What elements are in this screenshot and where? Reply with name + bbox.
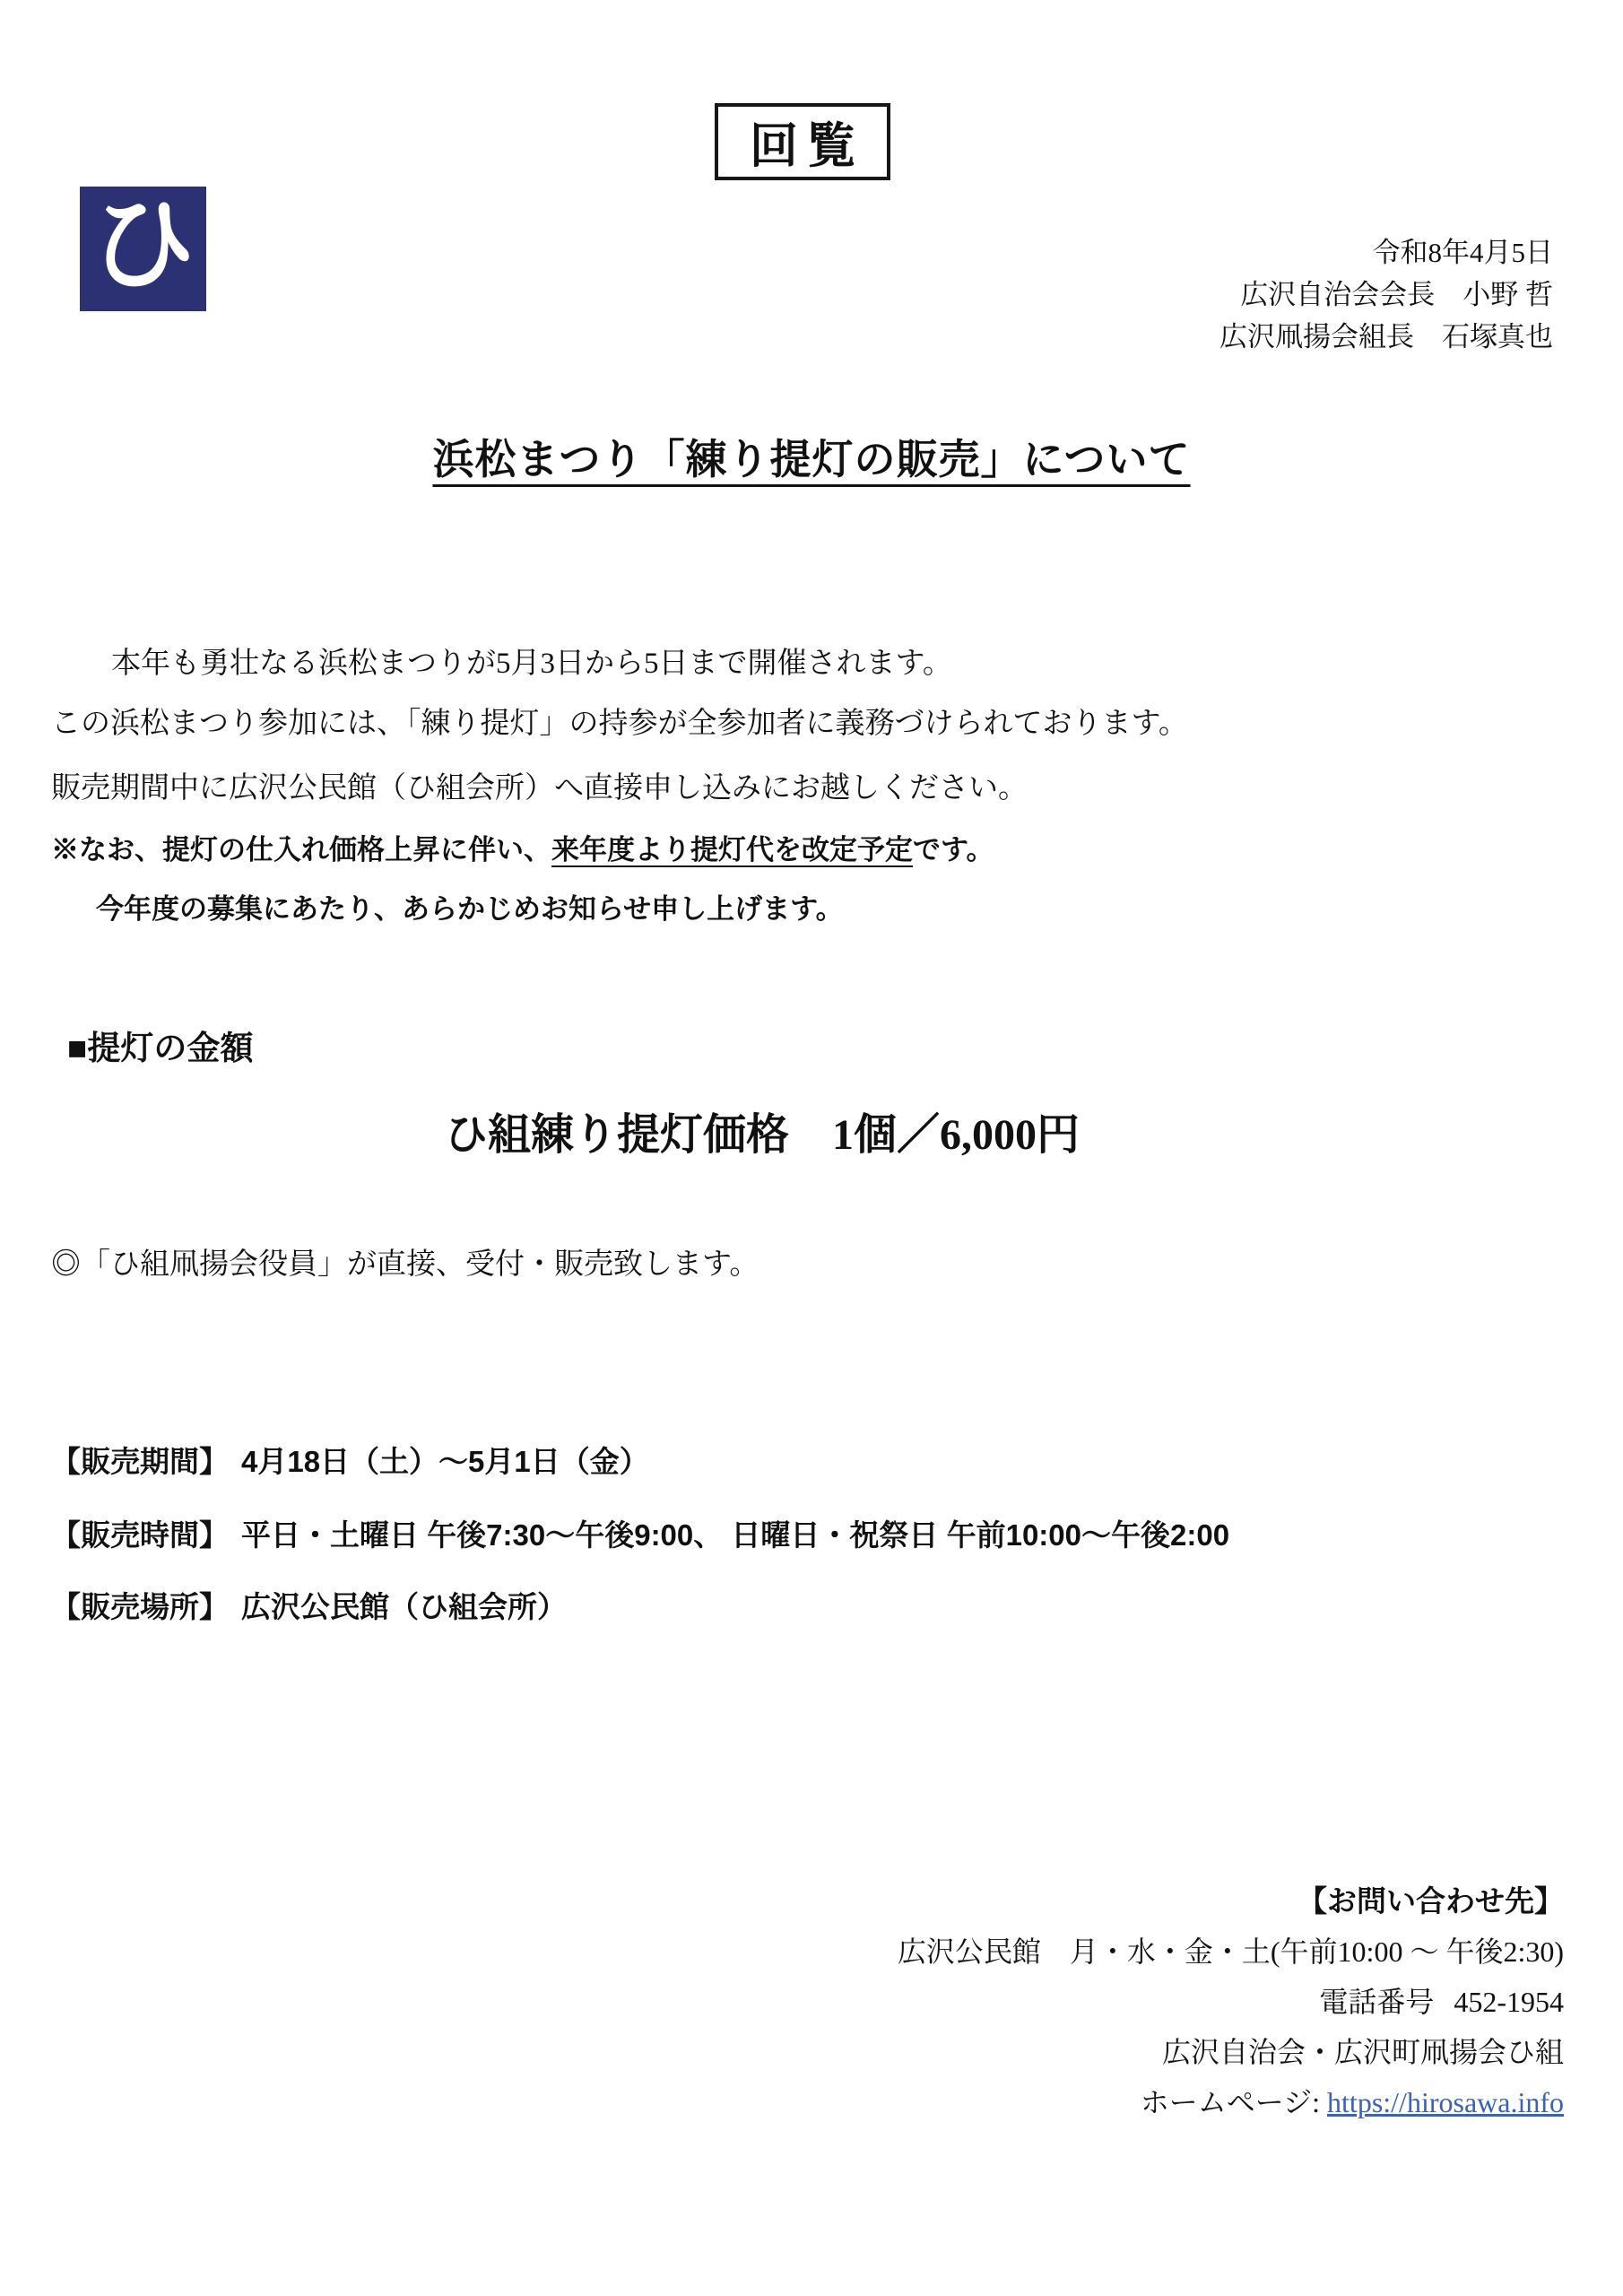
contact-phone-line: 電話番号452-1954: [898, 1977, 1564, 2027]
hi-gumi-logo: ひ: [80, 187, 206, 311]
sales-time-row: 【販売時間】平日・土曜日 午後7:30～午後9:00、 日曜日・祝祭日 午前10…: [51, 1512, 1229, 1554]
sales-place-value: 広沢公民館（ひ組会所）: [241, 1590, 567, 1623]
sales-period-value: 4月18日（土）～5月1日（金）: [241, 1445, 649, 1478]
document-page: 回覧 ひ 令和8年4月5日 広沢自治会会長 小野 哲 広沢凧揚会組長 石塚真也 …: [0, 0, 1623, 2296]
page-title: 浜松まつり「練り提灯の販売」について: [0, 427, 1623, 486]
advance-notice-line: 今年度の募集にあたり、あらかじめお知らせ申し上げます。: [96, 886, 844, 926]
price-change-note-prefix: ※なお、提灯の仕入れ価格上昇に伴い、: [51, 834, 551, 865]
contact-heading: 【お問い合わせ先】: [898, 1876, 1564, 1926]
sales-time-value: 平日・土曜日 午後7:30～午後9:00、 日曜日・祝祭日 午前10:00～午後…: [241, 1518, 1229, 1552]
sales-place-row: 【販売場所】広沢公民館（ひ組会所）: [51, 1584, 567, 1626]
document-date: 令和8年4月5日: [1219, 231, 1553, 274]
contact-venue-line: 広沢公民館 月・水・金・土(午前10:00 ～ 午後2:30): [898, 1926, 1564, 1977]
price-change-note-suffix: です。: [913, 834, 994, 865]
body-paragraph-3: 販売期間中に広沢公民館（ひ組会所）へ直接申し込みにお越しください。: [51, 764, 1028, 806]
price-change-note: ※なお、提灯の仕入れ価格上昇に伴い、来年度より提灯代を改定予定です。: [51, 827, 994, 867]
lantern-price-line: ひ組練り提灯価格 1個／6,000円: [0, 1100, 1524, 1161]
contact-org-line: 広沢自治会・広沢町凧揚会ひ組: [898, 2027, 1564, 2077]
sales-period-label: 【販売期間】: [51, 1445, 229, 1478]
group-leader-name: 広沢凧揚会組長 石塚真也: [1219, 316, 1553, 358]
circulation-stamp-label: 回覧: [750, 108, 864, 177]
hi-logo-glyph: ひ: [90, 193, 195, 299]
sales-period-row: 【販売期間】4月18日（土）～5月1日（金）: [51, 1439, 649, 1481]
chairman-name: 広沢自治会会長 小野 哲: [1219, 274, 1553, 316]
circulation-stamp: 回覧: [715, 103, 890, 180]
phone-number: 452-1954: [1454, 1986, 1564, 2018]
website-label: ホームページ:: [1141, 2086, 1320, 2118]
sales-time-label: 【販売時間】: [51, 1518, 229, 1552]
sales-handler-note: ◎「ひ組凧揚会役員」が直接、受付・販売致します。: [51, 1240, 759, 1283]
contact-block: 【お問い合わせ先】 広沢公民館 月・水・金・土(午前10:00 ～ 午後2:30…: [898, 1876, 1564, 2127]
contact-website-line: ホームページ: https://hirosawa.info: [898, 2077, 1564, 2127]
header-signature-block: 令和8年4月5日 広沢自治会会長 小野 哲 広沢凧揚会組長 石塚真也: [1219, 231, 1553, 358]
price-change-note-underlined: 来年度より提灯代を改定予定: [551, 834, 913, 865]
sales-place-label: 【販売場所】: [51, 1590, 229, 1623]
homepage-link[interactable]: https://hirosawa.info: [1327, 2086, 1564, 2118]
body-paragraph-2: この浜松まつり参加には、「練り提灯」の持参が全参加者に義務づけられております。: [51, 700, 1188, 742]
page-title-text: 浜松まつり「練り提灯の販売」について: [432, 437, 1190, 483]
phone-label: 電話番号: [1319, 1986, 1434, 2018]
price-section-heading: ■提灯の金額: [67, 1021, 253, 1069]
body-paragraph-1: 本年も勇壮なる浜松まつりが5月3日から5日まで開催されます。: [111, 639, 952, 682]
